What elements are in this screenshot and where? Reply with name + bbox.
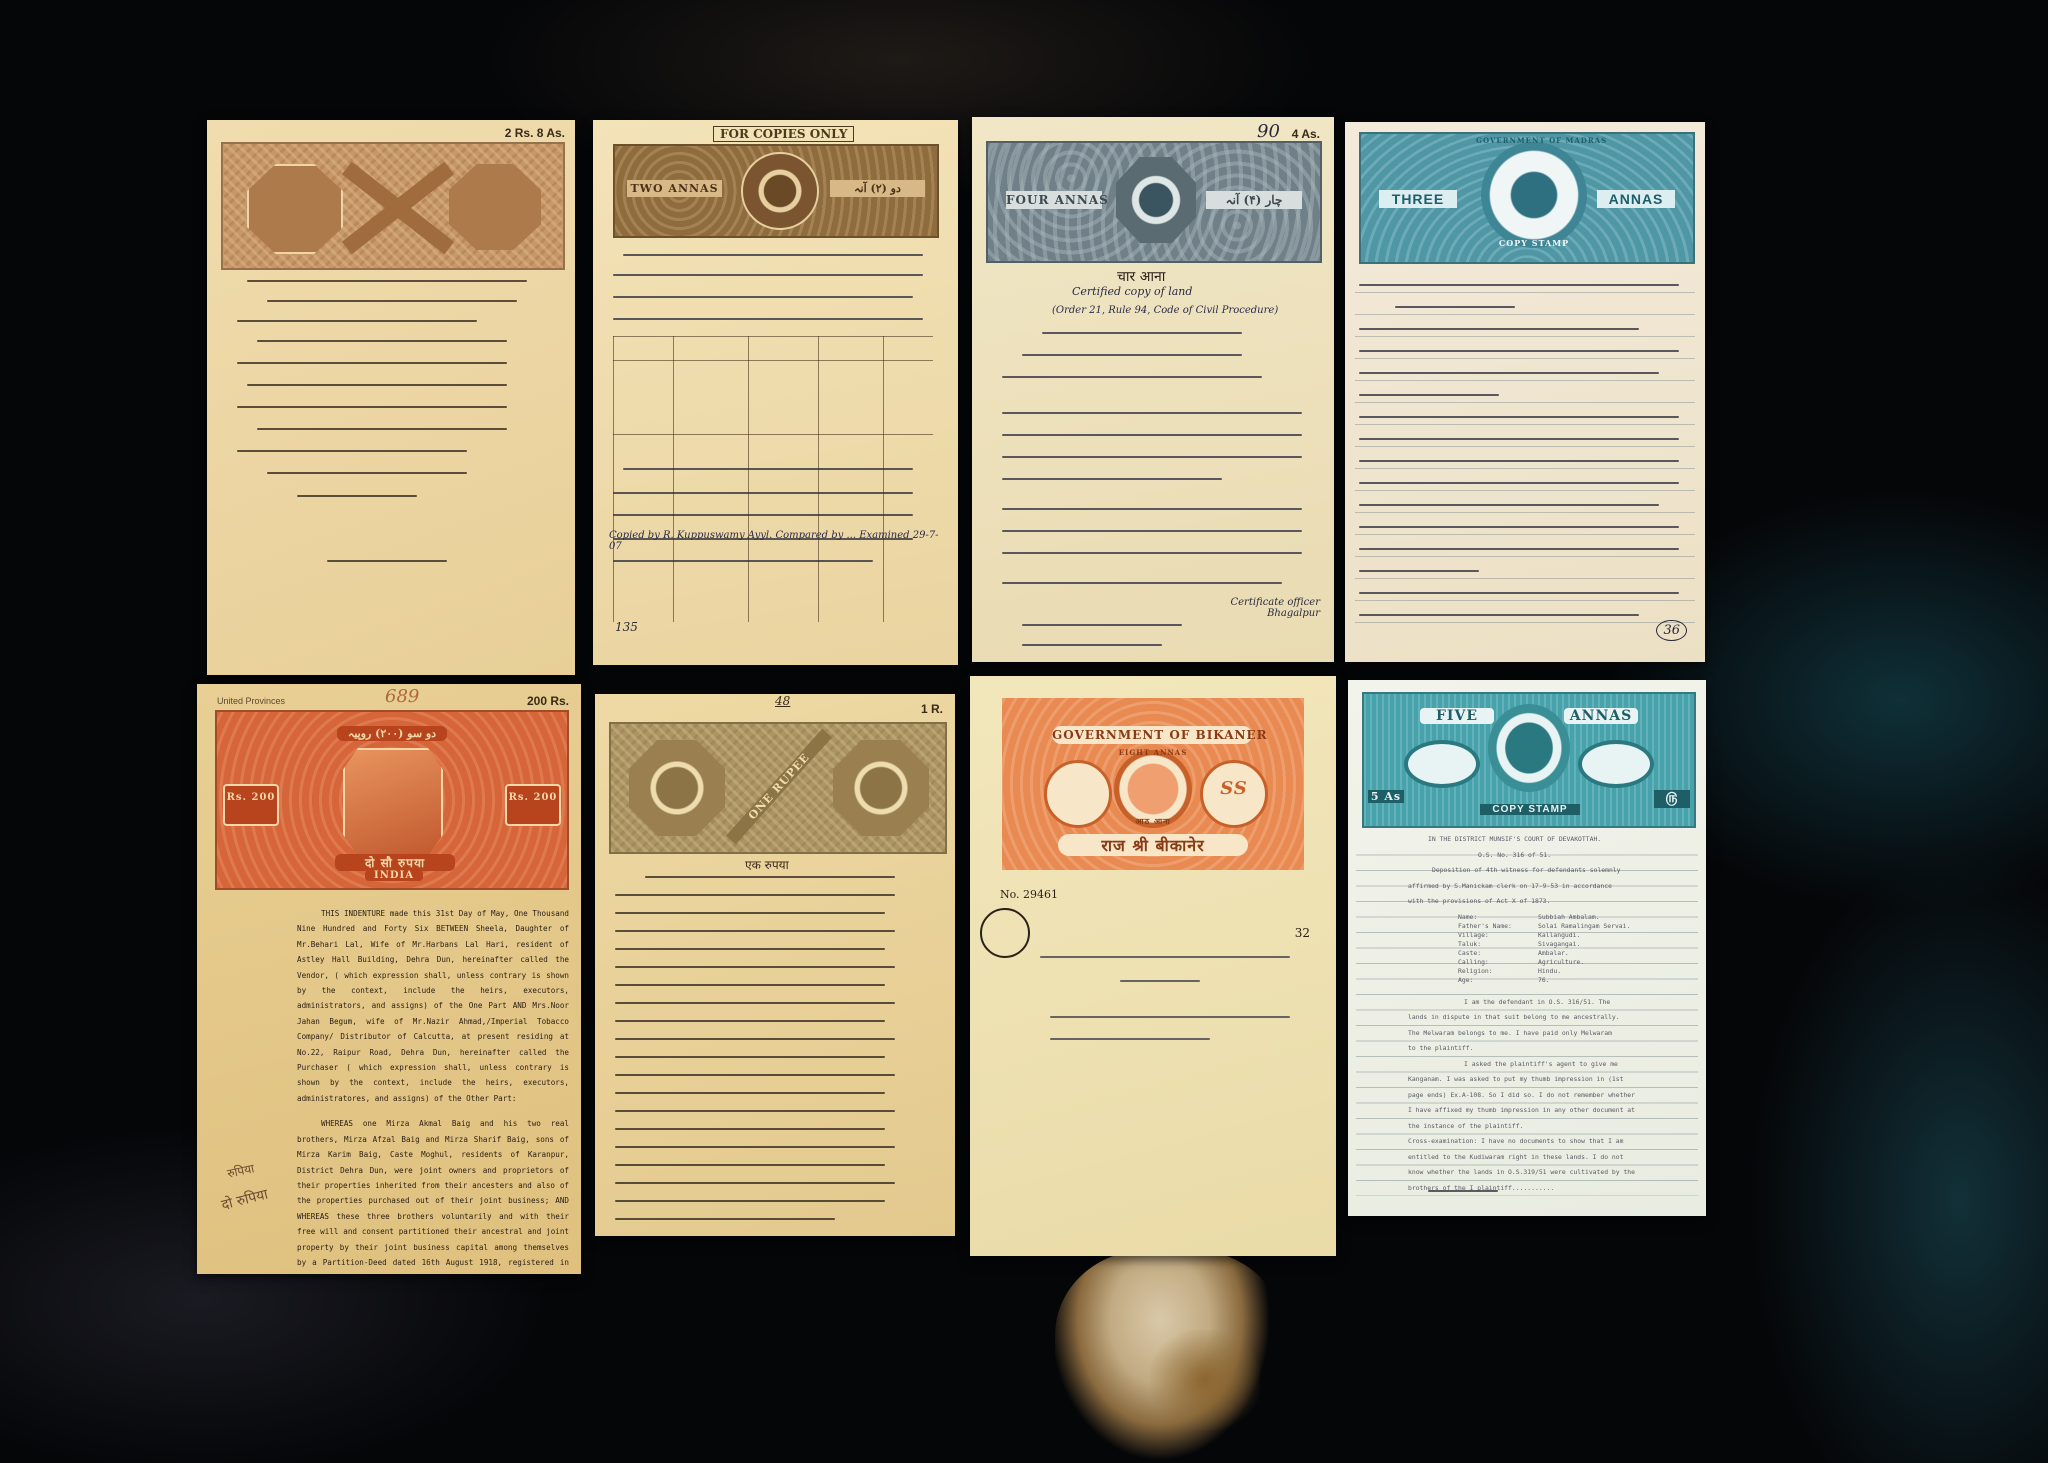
value-box-left	[223, 784, 279, 826]
government-of-madras-seal	[1481, 142, 1587, 248]
certification-note: Copied by R. Kuppuswamy Ayyl. Compared b…	[609, 530, 939, 552]
india-label: INDIA	[365, 870, 423, 881]
stamp-paper-two-rupees-eight-annas: 2 Rs. 8 As.	[207, 120, 575, 675]
denomination-corner-label: 2 Rs. 8 As.	[505, 126, 565, 140]
temple-tower-emblem	[1488, 704, 1570, 792]
government-of-bikaner-banner: GOVERNMENT OF BIKANER	[1052, 726, 1252, 744]
rs-200-left: Rs. 200	[223, 792, 279, 803]
three-label: THREE	[1379, 190, 1457, 208]
denomination-corner-label: 1 R.	[921, 702, 943, 716]
stamp-vignette: THREE ANNAS GOVERNMENT OF MADRAS COPY ST…	[1359, 132, 1695, 264]
annas-label: ANNAS	[1564, 708, 1638, 724]
stamp-paper-200-rupees-united-provinces: United Provinces 200 Rs. 689 دو سو (۲۰۰)…	[197, 684, 581, 1274]
testimony-line: The Melwaram belongs to me. I have paid …	[1408, 1026, 1698, 1042]
aath-aana-ring-text: आठ आना	[1108, 816, 1198, 827]
page-number: 32	[1295, 926, 1310, 940]
testimony-line: Cross-examination: I have no documents t…	[1408, 1134, 1698, 1150]
denomination-corner-label: 200 Rs.	[527, 694, 569, 708]
copy-stamp-text: COPY STAMP	[1476, 238, 1592, 248]
circled-page-number: 36	[1656, 620, 1687, 641]
stamp-paper-bikaner-eight-annas: GOVERNMENT OF BIKANER EIGHT ANNAS आठ आना…	[970, 676, 1336, 1256]
serial-number: No. 29461	[1000, 888, 1058, 901]
cowhide-brown-spot	[1150, 1330, 1260, 1430]
indenture-paragraph: THIS INDENTURE made this 31st Day of May…	[297, 906, 569, 1106]
madras-ring-text: GOVERNMENT OF MADRAS	[1476, 136, 1592, 145]
copy-stamp-banner: COPY STAMP	[1480, 804, 1580, 815]
king-george-portrait	[343, 748, 443, 856]
stamp-vignette: FIVE ANNAS 5 As ௫ COPY STAMP	[1362, 692, 1696, 828]
embossed-stamp-vignette: ONE RUPEE	[609, 722, 947, 854]
stamp-vignette: GOVERNMENT OF BIKANER EIGHT ANNAS आठ आना…	[1002, 698, 1304, 870]
testimony-line: brothers of the I plaintiff...........	[1408, 1181, 1698, 1197]
denomination-corner-label: 4 As.	[1292, 127, 1320, 141]
embossed-stamp-vignette	[221, 142, 565, 270]
value-rosette-left	[1404, 740, 1480, 788]
hindi-value-banner: दो सौ रुपया	[335, 854, 455, 871]
page-number: 135	[615, 620, 638, 634]
king-portrait-medallion	[741, 152, 819, 230]
court-title: IN THE DISTRICT MUNSIF'S COURT OF DEVAKO…	[1408, 832, 1698, 848]
stamp-paper-three-annas-madras: THREE ANNAS GOVERNMENT OF MADRAS COPY ST…	[1345, 122, 1705, 662]
for-copies-only-header: FOR COPIES ONLY	[713, 126, 854, 142]
margin-note: दो रुपिया	[219, 1185, 269, 1215]
testimony-line: to the plaintiff.	[1408, 1041, 1698, 1057]
raj-shri-bikaner-banner: राज श्री बीकानेर	[1058, 834, 1248, 856]
margin-note: रुपिया	[226, 1159, 256, 1181]
certificate-officer-signature: Certificate officer Bhagalpur	[1220, 597, 1320, 619]
code-reference-note: (Order 21, Rule 94, Code of Civil Proced…	[1052, 305, 1278, 316]
ss-monogram-text: SS	[1200, 778, 1268, 799]
testimony-line: I have affixed my thumb impression in an…	[1408, 1103, 1698, 1119]
five-annas-value-left: 5 As	[1368, 790, 1404, 803]
bikaner-coat-of-arms	[1044, 760, 1112, 828]
ruled-tamil-text	[1355, 272, 1695, 642]
five-label: FIVE	[1420, 708, 1494, 724]
certified-copy-subheading: Certified copy of land	[1072, 285, 1192, 298]
testimony-line: page ends) Ex.A-108. So I did so. I do n…	[1408, 1088, 1698, 1104]
testimony-line: I am the defendant in O.S. 316/51. The	[1408, 995, 1698, 1011]
testimony-line: the instance of the plaintiff.	[1408, 1119, 1698, 1135]
eight-annas-ring-text: EIGHT ANNAS	[1108, 748, 1198, 757]
king-portrait-left	[629, 740, 725, 836]
court-deposition-typed-text: IN THE DISTRICT MUNSIF'S COURT OF DEVAKO…	[1408, 832, 1698, 1196]
stamp-paper-four-annas: 4 As. 90 FOUR ANNAS چار (۴) آنہ चार आना …	[972, 117, 1334, 662]
handwritten-number: 48	[775, 694, 790, 708]
value-rosette-right	[1578, 740, 1654, 788]
urdu-value-label: چار (۴) آنہ	[1206, 191, 1302, 209]
king-portrait-right	[833, 740, 929, 836]
value-box-right	[505, 784, 561, 826]
stamp-vignette: دو سو (۲۰۰) روپیہ Rs. 200 Rs. 200 दो सौ …	[215, 710, 569, 890]
stamp-paper-five-annas-copy-stamp: FIVE ANNAS 5 As ௫ COPY STAMP IN THE DIST…	[1348, 680, 1706, 1216]
testimony-line: lands in dispute in that suit belong to …	[1408, 1010, 1698, 1026]
annas-label: ANNAS	[1597, 190, 1675, 208]
tamil-handwritten-text	[613, 248, 933, 648]
stamp-vignette: TWO ANNAS دو (۲) آنہ	[613, 144, 939, 238]
handwritten-number: 689	[385, 686, 419, 707]
witness-signature	[1428, 1190, 1498, 1192]
handwritten-number: 90	[1257, 121, 1280, 142]
united-provinces-label: United Provinces	[217, 696, 285, 706]
hindi-heading: एक रुपया	[745, 856, 789, 873]
rs-200-right: Rs. 200	[505, 792, 561, 803]
testimony-line: know whether the lands in O.S.319/51 wer…	[1408, 1165, 1698, 1181]
deposition-line: Deposition of 4th witness for defendants…	[1408, 863, 1698, 879]
five-annas-value-right: ௫	[1654, 790, 1690, 808]
table-border	[613, 336, 933, 337]
witness-fields: Name:Subbiah Ambalam. Father's Name:Sola…	[1408, 913, 1698, 985]
circular-ink-seal	[980, 908, 1030, 958]
deposition-line: with the provisions of Act X of 1873.	[1408, 894, 1698, 910]
two-annas-label: TWO ANNAS	[627, 180, 722, 197]
four-annas-label: FOUR ANNAS	[1006, 191, 1102, 209]
indenture-typed-text: THIS INDENTURE made this 31st Day of May…	[297, 906, 569, 1274]
deposition-line: affirmed by S.Manickam clerk on 17-9-53 …	[1408, 879, 1698, 895]
testimony-line: Kanganam. I was asked to put my thumb im…	[1408, 1072, 1698, 1088]
stamp-paper-two-annas-copies: FOR COPIES ONLY TWO ANNAS دو (۲) آنہ Cop…	[593, 120, 958, 665]
case-number: O.S. No. 316 of 51.	[1408, 848, 1698, 864]
urdu-value-banner: دو سو (۲۰۰) روپیہ	[337, 726, 447, 741]
hindi-heading: चार आना	[1117, 267, 1165, 286]
whereas-paragraph: WHEREAS one Mirza Akmal Baig and his two…	[297, 1116, 569, 1274]
testimony-line: entitled to the Kudiwaram right in these…	[1408, 1150, 1698, 1166]
testimony-line: I asked the plaintiff's agent to give me	[1408, 1057, 1698, 1073]
stamp-paper-one-rupee: 1 R. 48 ONE RUPEE एक रुपया	[595, 694, 955, 1236]
stamp-vignette: FOUR ANNAS چار (۴) آنہ	[986, 141, 1322, 263]
urdu-value-label: دو (۲) آنہ	[830, 180, 925, 197]
